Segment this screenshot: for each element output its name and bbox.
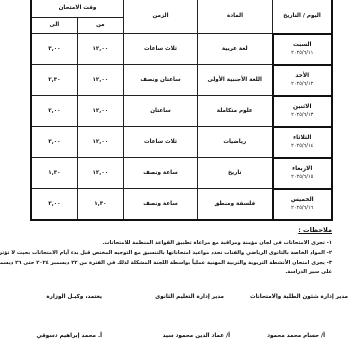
exam-date: ٢٠٢٥/٦/١٥ [274,175,332,181]
duration-cell: ساعتان ونصف [124,65,198,96]
note-item: ٢- المواد الخاصة بالثانوى الرياضي والفنا… [12,248,332,258]
from-time-cell: ١٢,٠٠ [77,158,123,189]
to-time-cell: ١,٣٠ [31,158,77,189]
exam-date: ٢٠٢٥/٦/١٣ [274,113,332,119]
header-duration: الزمن [124,0,198,34]
day-date-cell: الخميس ٢٠٢٥/٦/١٦ [273,189,333,220]
notes-title: ملاحظات : [12,226,332,234]
to-time-cell: ٢,٠٠ [31,96,77,127]
subject-cell: رياضيات [198,127,273,158]
to-time-cell: ٣,٠٠ [31,34,77,65]
signature-title-students-affairs: مدير إدارة شئون الطلبة والامتحانات [250,294,348,300]
exam-date: ٢٠٢٥/٦/١٢ [274,82,332,88]
header-to: الى [31,18,77,34]
from-time-cell: ١٢,٠٠ [77,96,123,127]
subject-cell: لغة عربية [198,34,273,65]
duration-cell: ساعة ونصف [124,189,198,220]
duration-cell: ثلاث ساعات [124,34,198,65]
note-item: على سير الدراسة. [12,268,332,276]
day-name: الأحد [274,73,332,79]
exam-date: ٢٠٢٥/٦/١١ [274,51,332,57]
exam-schedule-table-container: اليوم / التاريخ المادة الزمن وقت الامتحا… [30,0,333,221]
day-date-cell: الاثنين ٢٠٢٥/٦/١٣ [273,96,333,127]
table-header-row: اليوم / التاريخ المادة الزمن وقت الامتحا… [31,0,332,18]
header-from: من [77,18,123,34]
day-name: السبت [274,42,332,48]
from-time-cell: ١٢,٠٠ [77,65,123,96]
table-row: السبت ٢٠٢٥/٦/١١ لغة عربية ثلاث ساعات ١٢,… [31,34,332,65]
day-date-cell: الأحد ٢٠٢٥/٦/١٢ [273,65,333,96]
table-row: الأحد ٢٠٢٥/٦/١٢ اللغة الأجنبية الأولى سا… [31,65,332,96]
table-row: الاثنين ٢٠٢٥/٦/١٣ علوم متكاملة ساعتان ١٢… [31,96,332,127]
day-date-cell: السبت ٢٠٢٥/٦/١١ [273,34,333,65]
subject-cell: تاريخ [198,158,273,189]
from-time-cell: ١٢,٠٠ [77,127,123,158]
duration-cell: ثلاث ساعات [124,127,198,158]
day-name: الاربعاء [274,166,332,172]
day-date-cell: الثلاثاء ٢٠٢٥/٦/١٤ [273,127,333,158]
from-time-cell: ١٢,٠٠ [77,34,123,65]
signature-name-students-affairs: أ/ حسام محمد محمود [267,333,325,339]
header-subject: المادة [198,0,273,34]
subject-cell: فلسفة ومنطق [198,189,273,220]
signature-title-undersecretary: يعتمد، وكيـل الوزارة [46,294,102,300]
signature-name-secondary-education: أ/ عماد الدين محمود سيد [163,333,230,339]
exam-schedule-table: اليوم / التاريخ المادة الزمن وقت الامتحا… [30,0,333,221]
signature-title-secondary-education: مدير إدارة التعليم الثانوى [155,294,224,300]
note-item: ٣- يجرى امتحان الأنشطة التربوية والتربية… [12,258,332,268]
header-exam-time: وقت الامتحان [31,0,124,18]
signature-name-undersecretary: أ. محمد إبراهيم دسوقي [36,333,102,339]
day-name: الثلاثاء [274,135,332,141]
subject-cell: علوم متكاملة [198,96,273,127]
exam-date: ٢٠٢٥/٦/١٤ [274,144,332,150]
duration-cell: ساعة ونصف [124,158,198,189]
table-row: الثلاثاء ٢٠٢٥/٦/١٤ رياضيات ثلاث ساعات ١٢… [31,127,332,158]
to-time-cell: ٣,٠٠ [31,189,77,220]
subject-cell: اللغة الأجنبية الأولى [198,65,273,96]
to-time-cell: ٢,٣٠ [31,65,77,96]
header-day-date: اليوم / التاريخ [273,0,333,34]
table-row: الاربعاء ٢٠٢٥/٦/١٥ تاريخ ساعة ونصف ١٢,٠٠… [31,158,332,189]
exam-date: ٢٠٢٥/٦/١٦ [274,206,332,212]
to-time-cell: ٣,٠٠ [31,127,77,158]
day-date-cell: الاربعاء ٢٠٢٥/٦/١٥ [273,158,333,189]
duration-cell: ساعتان [124,96,198,127]
day-name: الاثنين [274,104,332,110]
note-item: ١- تجرى الامتحانات فى لجان مؤمنة ومراقبة… [12,238,332,248]
from-time-cell: ١,٣٠ [77,189,123,220]
table-row: الخميس ٢٠٢٥/٦/١٦ فلسفة ومنطق ساعة ونصف ١… [31,189,332,220]
day-name: الخميس [274,197,332,203]
notes-section: ملاحظات : ١- تجرى الامتحانات فى لجان مؤم… [12,226,332,276]
